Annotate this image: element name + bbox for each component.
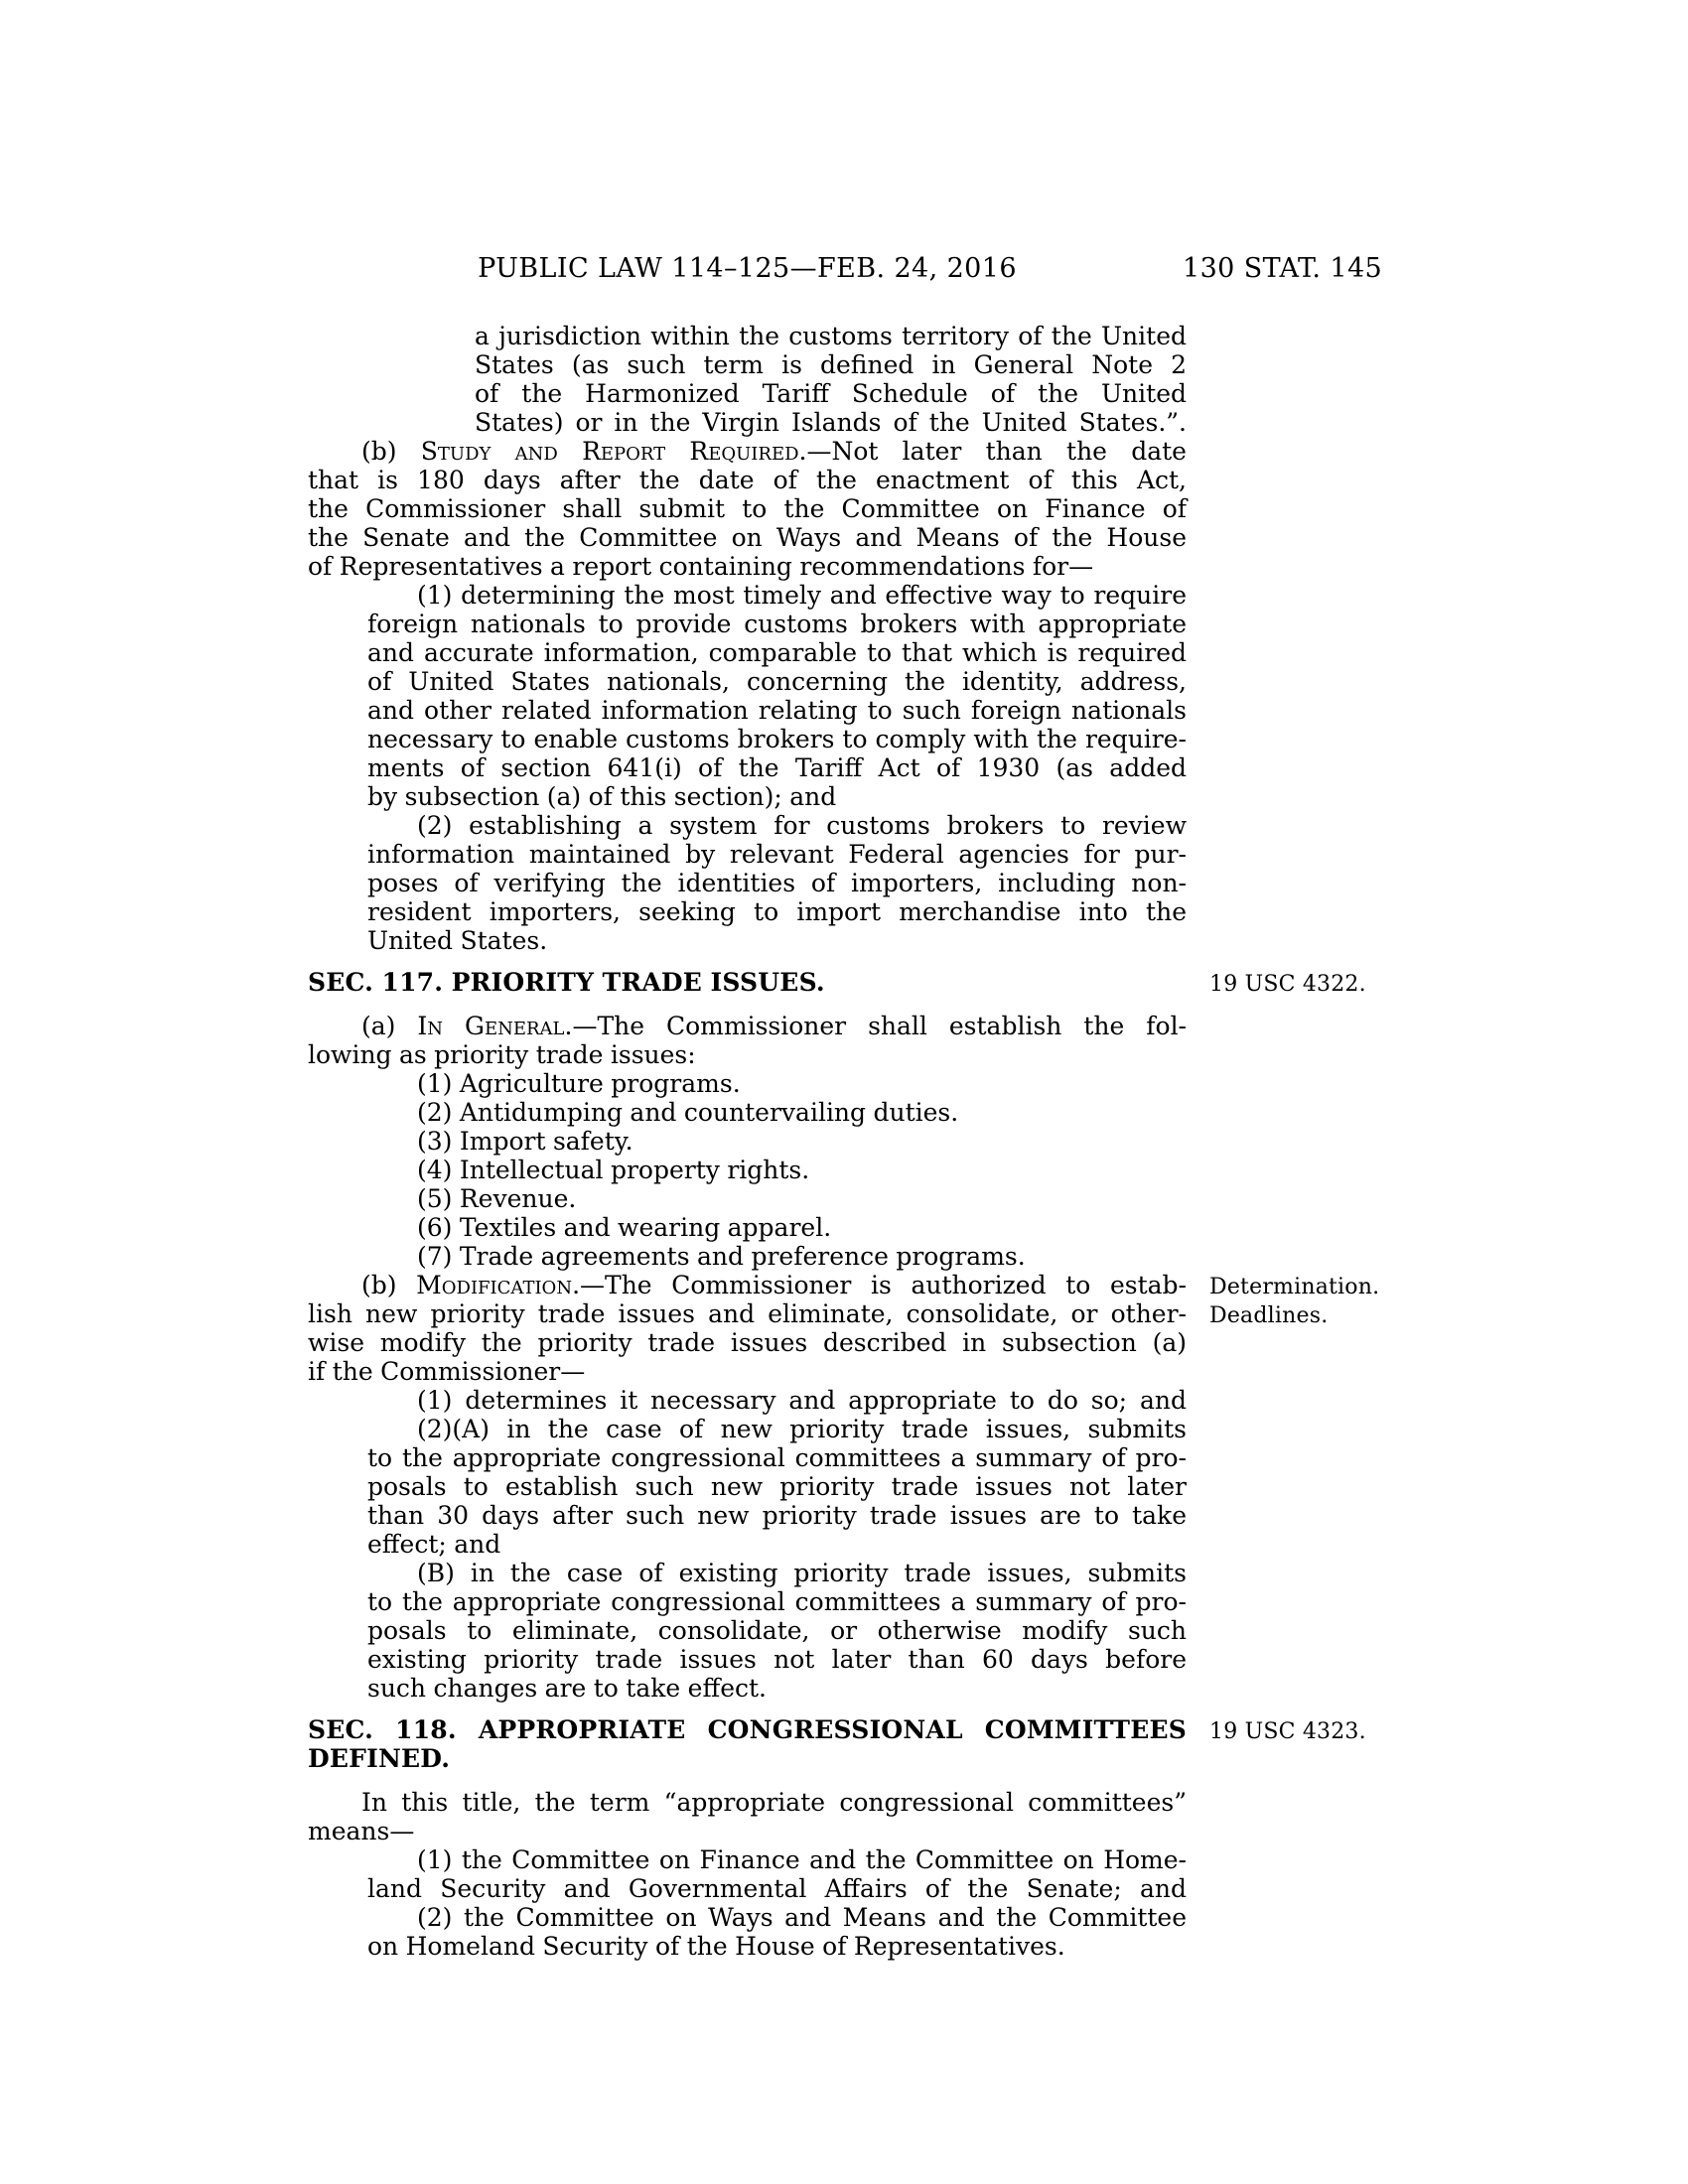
- text-run: lowing as priority trade issues:: [308, 1040, 696, 1069]
- text-run: if the Commissioner—: [308, 1357, 585, 1386]
- text-line: to the appropriate congressional committ…: [367, 1587, 1187, 1616]
- text-line: (5) Revenue.: [417, 1184, 1187, 1213]
- text-line: (6) Textiles and wearing apparel.: [417, 1213, 1187, 1242]
- text-line: ments of section 641(i) of the Tariff Ac…: [367, 753, 1187, 782]
- text-run: lish new priority trade issues and elimi…: [308, 1299, 1187, 1328]
- text-line: necessary to enable customs brokers to c…: [367, 725, 1187, 753]
- text-line: (1) the Committee on Finance and the Com…: [367, 1845, 1187, 1874]
- text-run: wise modify the priority trade issues de…: [308, 1328, 1187, 1357]
- text-line: (b) Modification.—The Commissioner is au…: [308, 1271, 1187, 1299]
- text-run: .—Not later than the date: [799, 437, 1187, 466]
- text-line: States) or in the Virgin Islands of the …: [475, 408, 1187, 437]
- text-line: that is 180 days after the date of the e…: [308, 466, 1187, 494]
- text-run: States (as such term is defined in Gener…: [475, 350, 1187, 379]
- text-run: .—The Commissioner is authorized to esta…: [572, 1271, 1187, 1299]
- text-run: that is 180 days after the date of the e…: [308, 466, 1187, 494]
- text-line: such changes are to take effect.: [367, 1674, 1187, 1703]
- margin-note-line: Determination.: [1209, 1273, 1458, 1301]
- text-line: foreign nationals to provide customs bro…: [367, 610, 1187, 638]
- text-line: (1) determines it necessary and appropri…: [367, 1386, 1187, 1415]
- text-run: of Representatives a report containing r…: [308, 552, 1093, 581]
- text-line: (2) the Committee on Ways and Means and …: [367, 1903, 1187, 1932]
- text-line: wise modify the priority trade issues de…: [308, 1328, 1187, 1357]
- text-run: of United States nationals, concerning t…: [367, 667, 1187, 696]
- paragraph: (B) in the case of existing priority tra…: [367, 1559, 1187, 1703]
- text-run: (7) Trade agreements and preference prog…: [417, 1242, 1026, 1271]
- text-run: ments of section 641(i) of the Tariff Ac…: [367, 753, 1187, 782]
- small-caps-text: Study and Report Required: [421, 437, 799, 466]
- text-line: posals to eliminate, consolidate, or oth…: [367, 1616, 1187, 1645]
- paragraph: (2) Antidumping and countervailing dutie…: [417, 1098, 1187, 1127]
- text-line: and other related information relating t…: [367, 696, 1187, 725]
- text-line: of United States nationals, concerning t…: [367, 667, 1187, 696]
- paragraph: (1) determines it necessary and appropri…: [367, 1386, 1187, 1415]
- text-run: States) or in the Virgin Islands of the …: [475, 408, 1187, 437]
- text-line: resident importers, seeking to import me…: [367, 897, 1187, 926]
- text-run: posals to establish such new priority tr…: [367, 1472, 1187, 1501]
- margin-note: 19 USC 4323.: [1209, 1717, 1458, 1746]
- text-line: to the appropriate congressional committ…: [367, 1443, 1187, 1472]
- text-run: SEC. 118. APPROPRIATE CONGRESSIONAL COMM…: [308, 1715, 1187, 1773]
- text-line: United States.: [367, 926, 1187, 955]
- text-run: (1) Agriculture programs.: [417, 1069, 741, 1098]
- text-run: posals to eliminate, consolidate, or oth…: [367, 1616, 1187, 1645]
- paragraph: (7) Trade agreements and preference prog…: [417, 1242, 1187, 1271]
- running-head-law: PUBLIC LAW 114–125—FEB. 24, 2016: [308, 254, 1187, 284]
- paragraph: (1) Agriculture programs.: [417, 1069, 1187, 1098]
- text-line: lish new priority trade issues and elimi…: [308, 1299, 1187, 1328]
- text-run: and accurate information, comparable to …: [367, 638, 1187, 667]
- text-line: posals to establish such new priority tr…: [367, 1472, 1187, 1501]
- text-run: (B) in the case of existing priority tra…: [417, 1559, 1187, 1587]
- text-line: lowing as priority trade issues:: [308, 1040, 1187, 1069]
- text-line: effect; and: [367, 1530, 1187, 1559]
- paragraph: (b) Modification.—The Commissioner is au…: [308, 1271, 1187, 1386]
- text-run: (1) the Committee on Finance and the Com…: [417, 1845, 1187, 1874]
- paragraph: (1) the Committee on Finance and the Com…: [367, 1845, 1187, 1903]
- text-line: SEC. 118. APPROPRIATE CONGRESSIONAL COMM…: [308, 1715, 1187, 1773]
- text-run: information maintained by relevant Feder…: [367, 840, 1187, 869]
- text-run: (2)(A) in the case of new priority trade…: [417, 1415, 1187, 1443]
- text-line: the Senate and the Committee on Ways and…: [308, 523, 1187, 552]
- text-line: of the Harmonized Tariff Schedule of the…: [475, 379, 1187, 408]
- paragraph: (1) determining the most timely and effe…: [367, 581, 1187, 811]
- paragraph: (5) Revenue.: [417, 1184, 1187, 1213]
- text-line: means—: [308, 1817, 1187, 1845]
- paragraph: (6) Textiles and wearing apparel.: [417, 1213, 1187, 1242]
- text-run: (2) establishing a system for customs br…: [417, 811, 1187, 840]
- text-line: and accurate information, comparable to …: [367, 638, 1187, 667]
- text-run: (5) Revenue.: [417, 1184, 576, 1213]
- running-head-stat-page: 130 STAT. 145: [1183, 254, 1382, 284]
- text-run: existing priority trade issues not later…: [367, 1645, 1187, 1674]
- text-run: by subsection (a) of this section); and: [367, 782, 836, 811]
- text-line: land Security and Governmental Affairs o…: [367, 1874, 1187, 1903]
- text-run: land Security and Governmental Affairs o…: [367, 1874, 1187, 1903]
- paragraph: (2)(A) in the case of new priority trade…: [367, 1415, 1187, 1559]
- text-run: means—: [308, 1817, 414, 1845]
- paragraph: (4) Intellectual property rights.: [417, 1156, 1187, 1184]
- text-line: than 30 days after such new priority tra…: [367, 1501, 1187, 1530]
- text-line: poses of verifying the identities of imp…: [367, 869, 1187, 897]
- text-run: United States.: [367, 926, 547, 955]
- text-line: (2)(A) in the case of new priority trade…: [367, 1415, 1187, 1443]
- text-run: (b): [361, 1271, 416, 1299]
- text-run: such changes are to take effect.: [367, 1674, 767, 1703]
- text-line: (7) Trade agreements and preference prog…: [417, 1242, 1187, 1271]
- margin-note: Determination.Deadlines.: [1209, 1273, 1458, 1330]
- text-line: (2) establishing a system for customs br…: [367, 811, 1187, 840]
- text-run: (1) determining the most timely and effe…: [417, 581, 1187, 610]
- paragraph: (3) Import safety.: [417, 1127, 1187, 1156]
- text-run: (2) Antidumping and countervailing dutie…: [417, 1098, 958, 1127]
- text-line: a jurisdiction within the customs territ…: [475, 322, 1187, 350]
- statute-page: PUBLIC LAW 114–125—FEB. 24, 2016 130 STA…: [0, 0, 1688, 2184]
- text-run: SEC. 117. PRIORITY TRADE ISSUES.: [308, 968, 825, 997]
- text-run: poses of verifying the identities of imp…: [367, 869, 1187, 897]
- paragraph: (a) In General.—The Commissioner shall e…: [308, 1012, 1187, 1069]
- text-run: a jurisdiction within the customs territ…: [475, 322, 1187, 350]
- text-run: necessary to enable customs brokers to c…: [367, 725, 1187, 753]
- text-run: to the appropriate congressional committ…: [367, 1443, 1187, 1472]
- text-run: resident importers, seeking to import me…: [367, 897, 1187, 926]
- text-line: (b) Study and Report Required.—Not later…: [308, 437, 1187, 466]
- text-run: the Commissioner shall submit to the Com…: [308, 494, 1187, 523]
- text-run: than 30 days after such new priority tra…: [367, 1501, 1187, 1530]
- text-run: (6) Textiles and wearing apparel.: [417, 1213, 831, 1242]
- text-line: information maintained by relevant Feder…: [367, 840, 1187, 869]
- text-line: on Homeland Security of the House of Rep…: [367, 1932, 1187, 1961]
- text-run: (1) determines it necessary and appropri…: [417, 1386, 1187, 1415]
- margin-note-line: 19 USC 4322.: [1209, 970, 1458, 999]
- paragraph: (2) establishing a system for customs br…: [367, 811, 1187, 955]
- text-line: States (as such term is defined in Gener…: [475, 350, 1187, 379]
- text-run: (b): [361, 437, 421, 466]
- paragraph: (2) the Committee on Ways and Means and …: [367, 1903, 1187, 1961]
- text-line: (1) determining the most timely and effe…: [367, 581, 1187, 610]
- small-caps-text: Modification: [416, 1271, 572, 1299]
- text-run: on Homeland Security of the House of Rep…: [367, 1932, 1065, 1961]
- section-heading: SEC. 117. PRIORITY TRADE ISSUES.19 USC 4…: [308, 968, 1187, 997]
- margin-note-line: 19 USC 4323.: [1209, 1717, 1458, 1746]
- text-run: (3) Import safety.: [417, 1127, 633, 1156]
- text-line: In this title, the term “appropriate con…: [308, 1788, 1187, 1817]
- paragraph: In this title, the term “appropriate con…: [308, 1788, 1187, 1845]
- section-heading: SEC. 118. APPROPRIATE CONGRESSIONAL COMM…: [308, 1715, 1187, 1773]
- text-run: of the Harmonized Tariff Schedule of the…: [475, 379, 1187, 408]
- paragraph: (b) Study and Report Required.—Not later…: [308, 437, 1187, 581]
- text-run: (a): [361, 1012, 417, 1040]
- margin-note-line: Deadlines.: [1209, 1301, 1458, 1330]
- paragraph: a jurisdiction within the customs territ…: [475, 322, 1187, 437]
- text-run: .—The Commissioner shall establish the f…: [565, 1012, 1188, 1040]
- text-line: of Representatives a report containing r…: [308, 552, 1187, 581]
- text-run: (4) Intellectual property rights.: [417, 1156, 809, 1184]
- small-caps-text: In General: [417, 1012, 564, 1040]
- text-line: existing priority trade issues not later…: [367, 1645, 1187, 1674]
- text-line: (1) Agriculture programs.: [417, 1069, 1187, 1098]
- text-run: In this title, the term “appropriate con…: [361, 1788, 1187, 1817]
- text-run: (2) the Committee on Ways and Means and …: [417, 1903, 1187, 1932]
- document-body: a jurisdiction within the customs territ…: [308, 322, 1187, 1961]
- text-line: (a) In General.—The Commissioner shall e…: [308, 1012, 1187, 1040]
- text-line: (2) Antidumping and countervailing dutie…: [417, 1098, 1187, 1127]
- text-run: the Senate and the Committee on Ways and…: [308, 523, 1187, 552]
- text-run: foreign nationals to provide customs bro…: [367, 610, 1187, 638]
- text-line: (B) in the case of existing priority tra…: [367, 1559, 1187, 1587]
- text-line: (4) Intellectual property rights.: [417, 1156, 1187, 1184]
- text-run: to the appropriate congressional committ…: [367, 1587, 1187, 1616]
- text-line: by subsection (a) of this section); and: [367, 782, 1187, 811]
- text-line: if the Commissioner—: [308, 1357, 1187, 1386]
- text-run: and other related information relating t…: [367, 696, 1187, 725]
- text-line: (3) Import safety.: [417, 1127, 1187, 1156]
- text-line: SEC. 117. PRIORITY TRADE ISSUES.: [308, 968, 1187, 997]
- text-line: the Commissioner shall submit to the Com…: [308, 494, 1187, 523]
- text-run: effect; and: [367, 1530, 500, 1559]
- margin-note: 19 USC 4322.: [1209, 970, 1458, 999]
